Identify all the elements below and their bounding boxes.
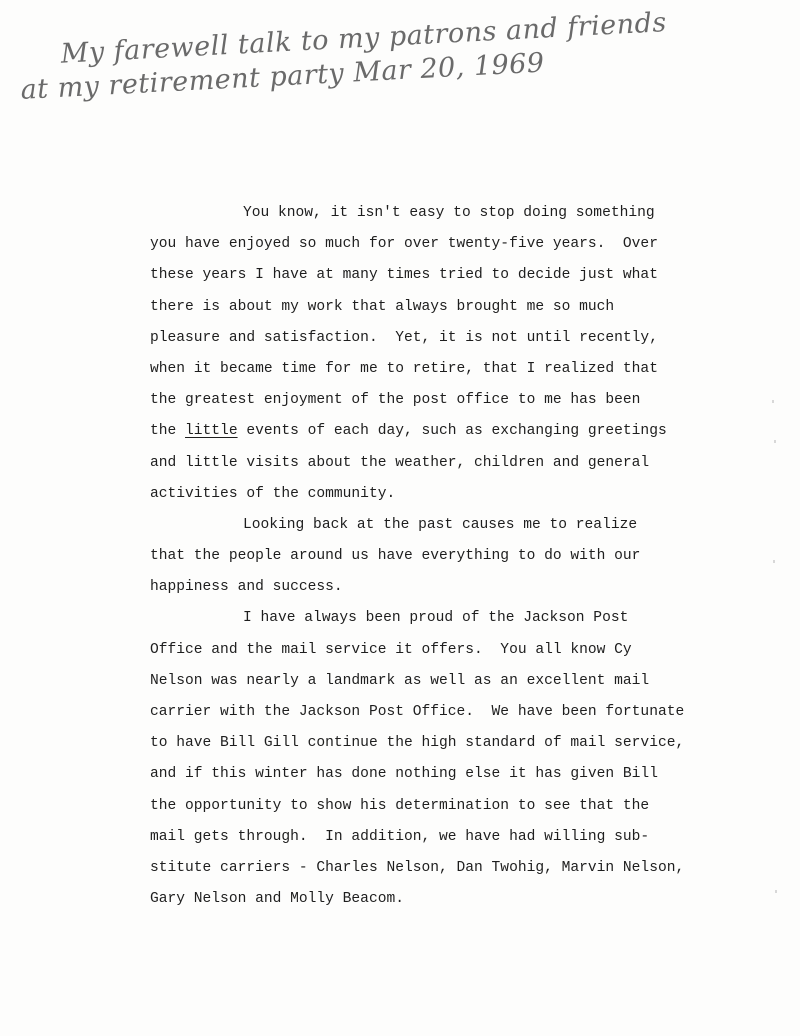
text-line: activities of the community. <box>150 479 770 510</box>
text-line: You know, it isn't easy to stop doing so… <box>150 198 770 229</box>
text-line: pleasure and satisfaction. Yet, it is no… <box>150 323 770 354</box>
text-line: carrier with the Jackson Post Office. We… <box>150 697 770 728</box>
text-line: that the people around us have everythin… <box>150 541 770 572</box>
typed-speech-body: You know, it isn't easy to stop doing so… <box>150 198 770 915</box>
text-line: happiness and success. <box>150 572 770 603</box>
paper-speck <box>773 560 775 563</box>
text-line: and little visits about the weather, chi… <box>150 448 770 479</box>
text-line: you have enjoyed so much for over twenty… <box>150 229 770 260</box>
text-line: to have Bill Gill continue the high stan… <box>150 728 770 759</box>
text-line: Office and the mail service it offers. Y… <box>150 635 770 666</box>
text-line: there is about my work that always broug… <box>150 292 770 323</box>
text-line-with-underline: the little events of each day, such as e… <box>150 416 770 447</box>
paper-speck <box>775 890 777 893</box>
text-line: mail gets through. In addition, we have … <box>150 822 770 853</box>
text-line: and if this winter has done nothing else… <box>150 759 770 790</box>
handwritten-note: My farewell talk to my patrons and frien… <box>18 0 800 108</box>
text-line: Nelson was nearly a landmark as well as … <box>150 666 770 697</box>
text-line: the greatest enjoyment of the post offic… <box>150 385 770 416</box>
text-line: stitute carriers - Charles Nelson, Dan T… <box>150 853 770 884</box>
paper-speck <box>772 400 774 403</box>
paper-speck <box>774 440 776 443</box>
text-line: the opportunity to show his determinatio… <box>150 791 770 822</box>
text-line: I have always been proud of the Jackson … <box>150 603 770 634</box>
text-line: Gary Nelson and Molly Beacom. <box>150 884 770 915</box>
underlined-word: little <box>185 423 238 439</box>
text-line: these years I have at many times tried t… <box>150 260 770 291</box>
text-line: when it became time for me to retire, th… <box>150 354 770 385</box>
text-segment: the <box>150 423 185 439</box>
text-segment: events of each day, such as exchanging g… <box>238 423 667 439</box>
text-line: Looking back at the past causes me to re… <box>150 510 770 541</box>
